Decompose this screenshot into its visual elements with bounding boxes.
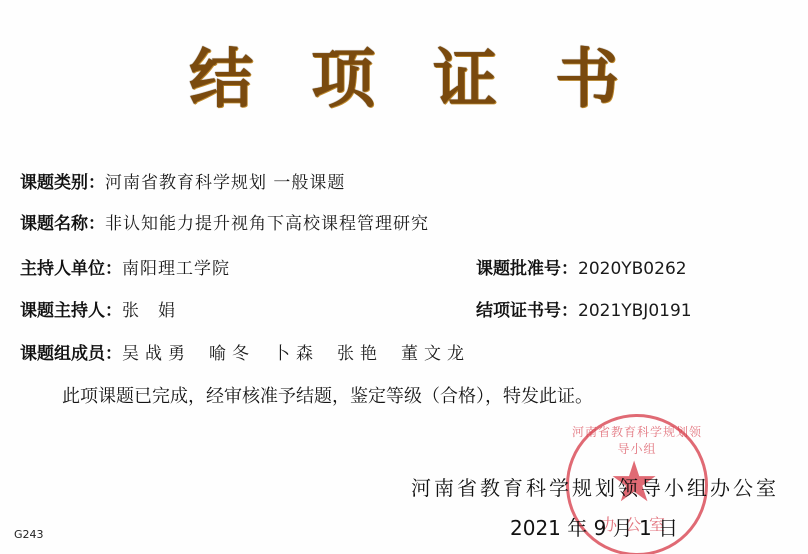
field-value: 2020YB0262 [578,259,687,279]
field-members: 课题组成员：吴战勇喻冬卜森张艳董文龙 [20,343,488,365]
field-value: 2021YBJ0191 [578,301,692,321]
member-name: 卜森 [273,343,319,365]
field-value: 非认知能力提升视角下高校课程管理研究 [105,214,429,234]
serial-code: G243 [14,528,44,541]
field-name: 课题名称：非认知能力提升视角下高校课程管理研究 [20,213,429,235]
field-value: 张 娟 [122,301,176,321]
member-name: 喻冬 [209,343,255,365]
field-label: 课题名称： [20,214,105,234]
field-approval-no: 课题批准号：2020YB0262 [476,258,687,280]
statement: 此项课题已完成，经审核准予结题，鉴定等级（合格），特发此证。 [62,386,593,408]
issue-date: 2021 年 9 月 1 日 [510,512,678,541]
field-category: 课题类别：河南省教育科学规划 一般课题 [20,172,345,194]
certificate-title: 结项证书 [0,40,808,120]
field-label: 课题主持人： [20,301,122,321]
field-label: 结项证书号： [476,301,578,321]
field-value: 南阳理工学院 [122,259,230,279]
field-label: 课题批准号： [476,259,578,279]
field-label: 主持人单位： [20,259,122,279]
field-host: 课题主持人：张 娟 [20,300,176,322]
certificate-page: 结项证书 课题类别：河南省教育科学规划 一般课题 课题名称：非认知能力提升视角下… [0,0,808,554]
issuer: 河南省教育科学规划领导小组办公室 [411,472,779,501]
member-name: 吴战勇 [122,343,191,365]
member-list: 吴战勇喻冬卜森张艳董文龙 [122,344,488,364]
field-unit: 主持人单位：南阳理工学院 [20,258,230,280]
field-label: 课题组成员： [20,344,122,364]
field-cert-no: 结项证书号：2021YBJ0191 [476,300,692,322]
field-value: 河南省教育科学规划 一般课题 [105,173,345,193]
member-name: 张艳 [337,343,383,365]
field-label: 课题类别： [20,173,105,193]
member-name: 董文龙 [401,343,470,365]
